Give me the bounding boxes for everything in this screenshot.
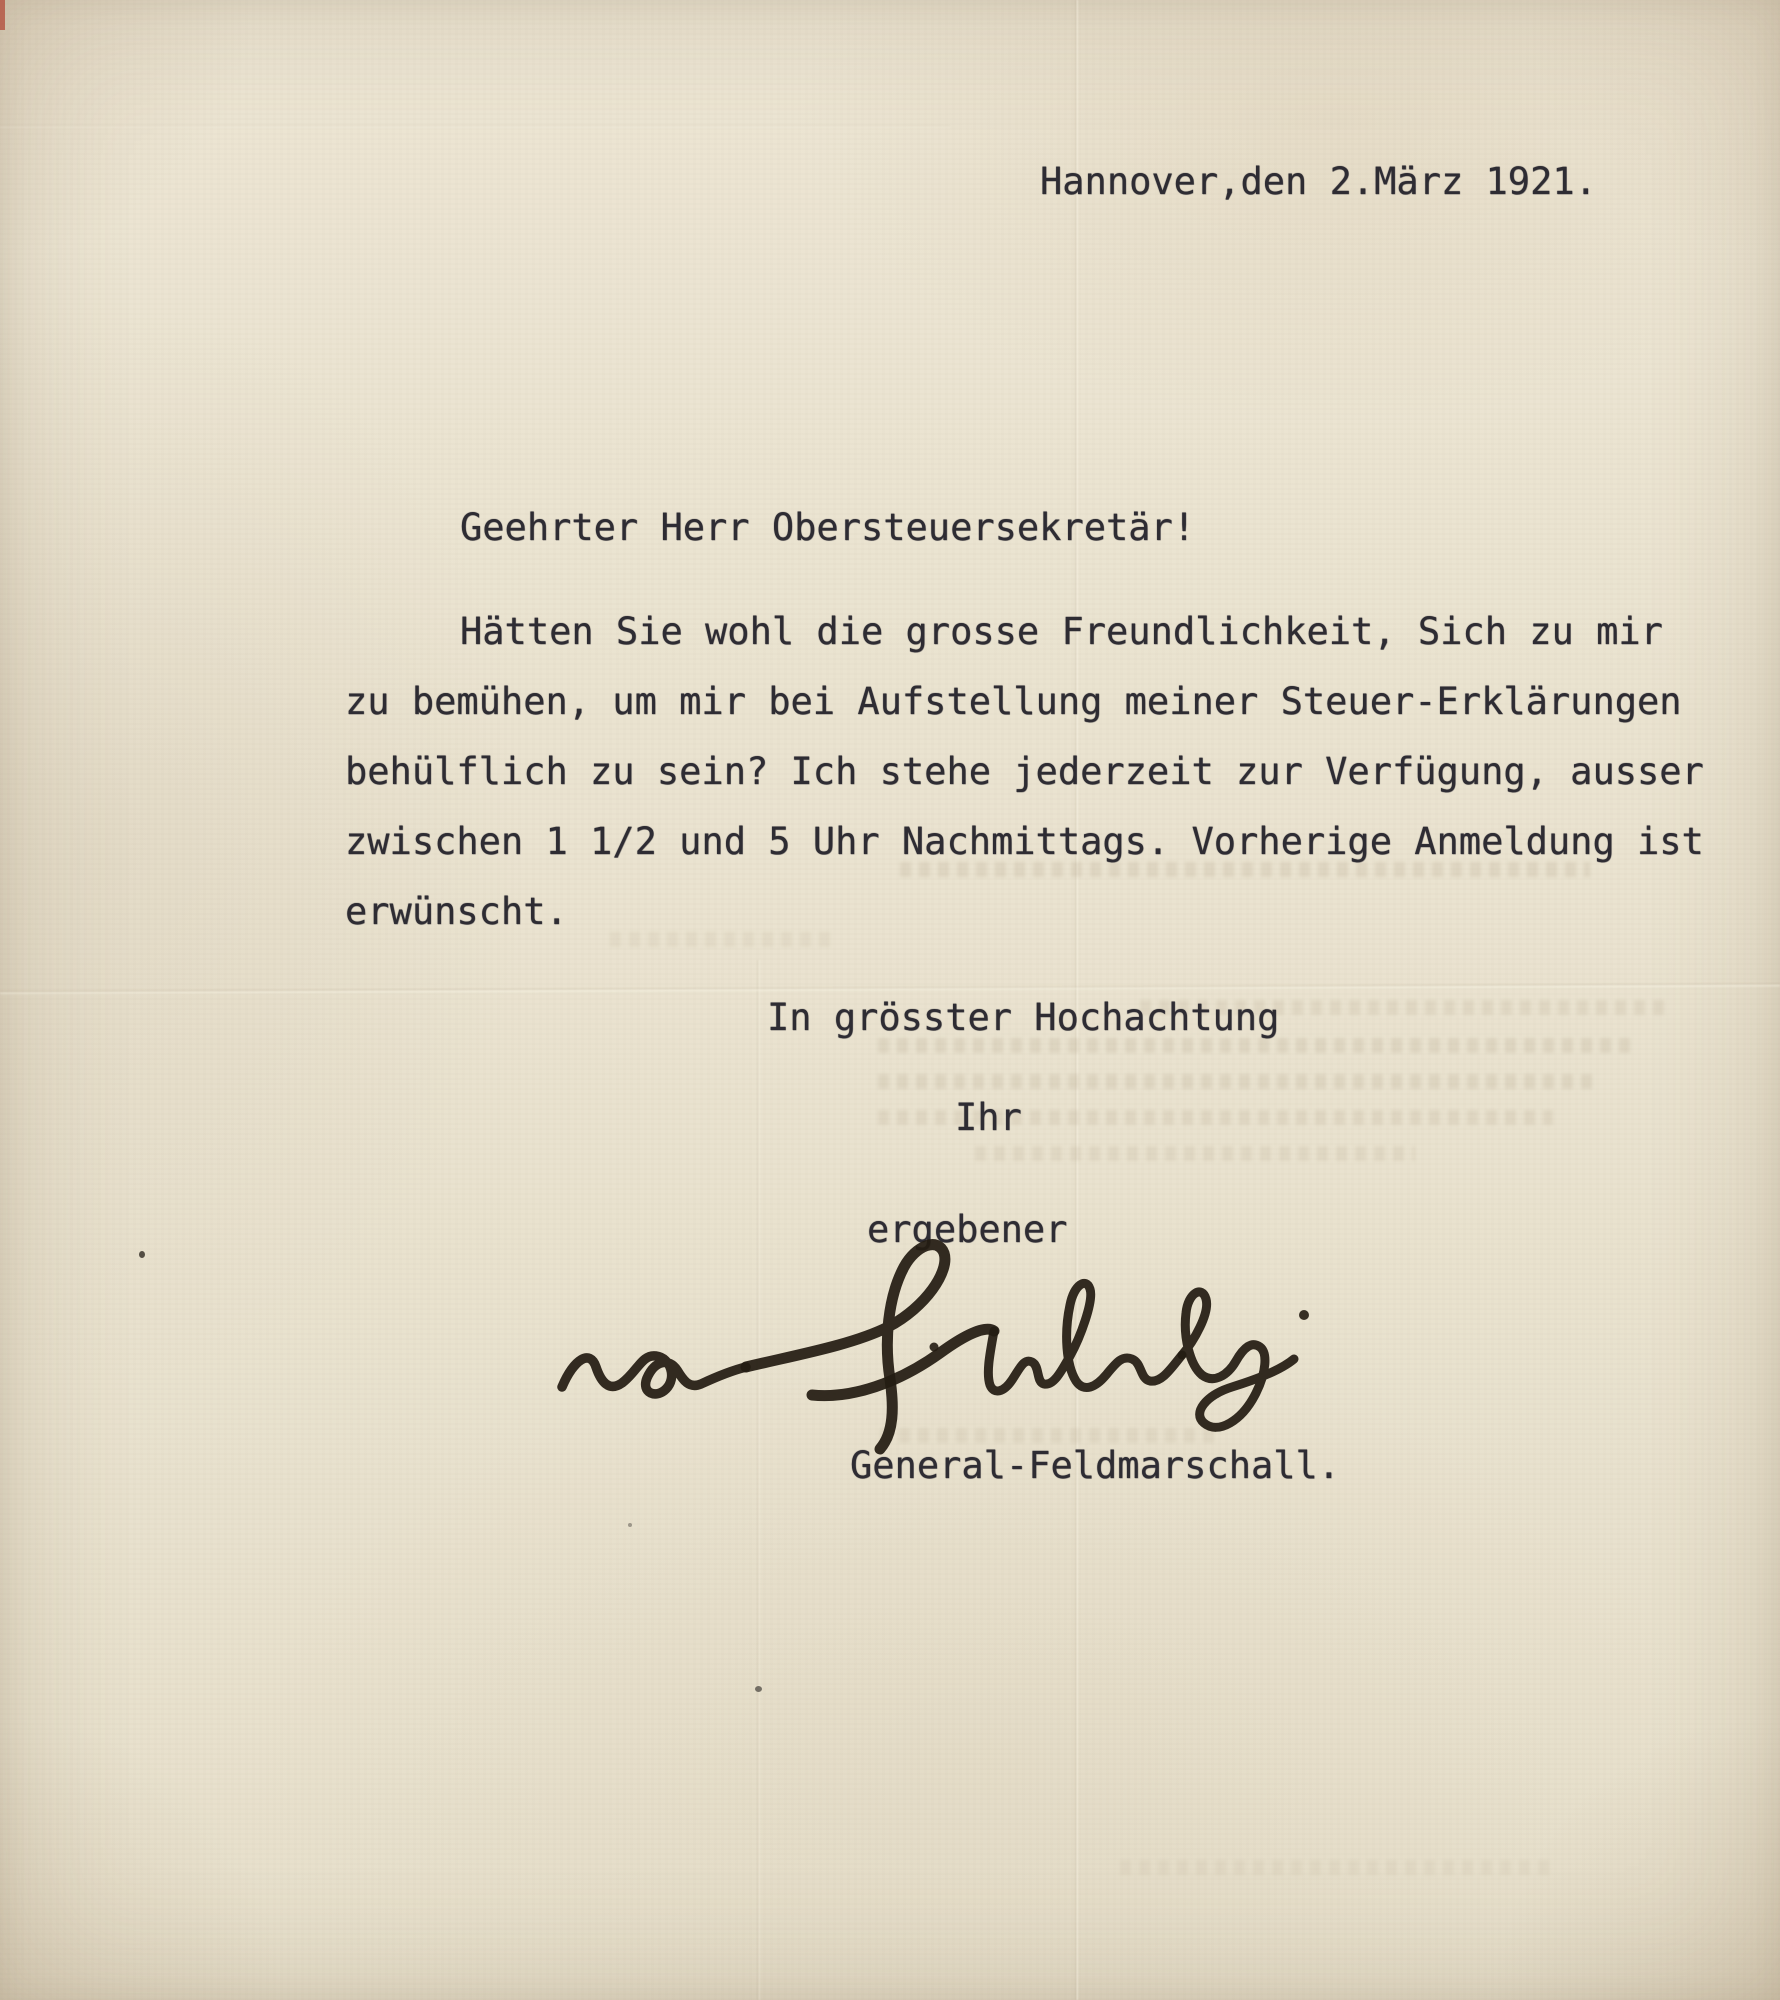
body-line: erwünscht. [345,892,568,932]
signature-handwriting [540,1235,1320,1465]
bleedthrough-text [610,932,830,947]
salutation: Geehrter Herr Obersteuersekretär! [460,508,1195,548]
bleedthrough-text [1120,1860,1550,1875]
bleedthrough-text [878,1038,1633,1053]
body-line: zu bemühen, um mir bei Aufstellung meine… [345,682,1682,722]
signature-title: General-Feldmarschall. [850,1446,1340,1486]
letter-page: Hannover,den 2.März 1921. Geehrter Herr … [0,0,1780,2000]
fold-crease-horizontal [0,124,950,129]
ink-speck [755,1686,762,1692]
bleedthrough-text [975,1146,1415,1161]
closing-pronoun: Ihr [955,1098,1022,1138]
body-line: behülflich zu sein? Ich stehe jederzeit … [345,752,1704,792]
date-line: Hannover,den 2.März 1921. [1040,162,1597,202]
fold-crease-horizontal [0,982,1780,995]
bleedthrough-text [900,862,1590,877]
ink-speck [139,1251,145,1258]
bleedthrough-text [878,1074,1593,1089]
closing-line: In grösster Hochachtung [767,998,1279,1038]
body-line: zwischen 1 1/2 und 5 Uhr Nachmittags. Vo… [345,822,1704,862]
scan-edge-artifact [0,0,5,30]
ink-speck [628,1523,632,1527]
fold-crease-vertical [756,960,761,2000]
body-line: Hätten Sie wohl die grosse Freundlichkei… [460,612,1663,652]
